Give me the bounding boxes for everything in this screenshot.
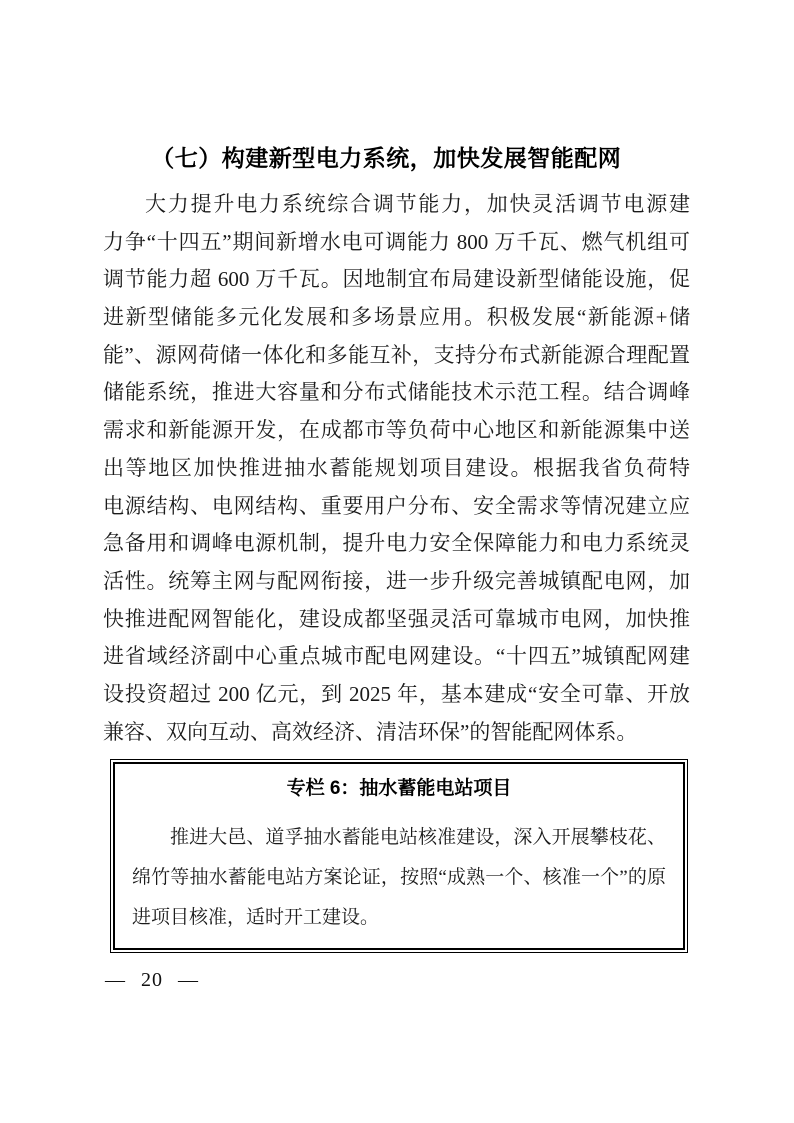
- paragraph-line: 急备用和调峰电源机制，提升电力安全保障能力和电力系统灵: [103, 525, 690, 563]
- paragraph-line: 储能系统，推进大容量和分布式储能技术示范工程。结合调峰: [103, 374, 690, 412]
- paragraph-line: 能”、源网荷储一体化和多能互补，支持分布式新能源合理配置: [103, 337, 690, 375]
- section-heading: （七）构建新型电力系统，加快发展智能配网: [103, 143, 690, 175]
- callout-line: 进项目核准，适时开工建设。: [132, 898, 666, 938]
- document-page: （七）构建新型电力系统，加快发展智能配网 大力提升电力系统综合调节能力，加快灵活…: [0, 0, 794, 1123]
- paragraph-line: 设投资超过 200 亿元，到 2025 年，基本建成“安全可靠、开放: [103, 676, 690, 714]
- paragraph-line: 快推进配网智能化，建设成都坚强灵活可靠城市电网，加快推: [103, 601, 690, 639]
- paragraph-line: 需求和新能源开发，在成都市等负荷中心地区和新能源集中送: [103, 412, 690, 450]
- page-number: — 20 —: [105, 969, 199, 992]
- paragraph-line: 活性。统筹主网与配网衔接，进一步升级完善城镇配电网，加: [103, 563, 690, 601]
- paragraph-line: 兼容、双向互动、高效经济、清洁环保”的智能配网体系。: [103, 714, 690, 752]
- callout-line: 推进大邑、道孚抽水蓄能电站核准建设，深入开展攀枝花、江油、: [132, 818, 666, 858]
- callout-box: 专栏 6：抽水蓄能电站项目 推进大邑、道孚抽水蓄能电站核准建设，深入开展攀枝花、…: [110, 759, 688, 953]
- paragraph-line: 大力提升电力系统综合调节能力，加快灵活调节电源建设，: [103, 186, 690, 224]
- body-paragraph: 大力提升电力系统综合调节能力，加快灵活调节电源建设， 力争“十四五”期间新增水电…: [103, 186, 690, 751]
- paragraph-line: 力争“十四五”期间新增水电可调能力 800 万千瓦、燃气机组可: [103, 224, 690, 262]
- paragraph-line: 出等地区加快推进抽水蓄能规划项目建设。根据我省负荷特性、: [103, 450, 690, 488]
- paragraph-line: 进省域经济副中心重点城市配电网建设。“十四五”城镇配网建: [103, 638, 690, 676]
- paragraph-line: 电源结构、电网结构、重要用户分布、安全需求等情况建立应: [103, 488, 690, 526]
- callout-line: 绵竹等抽水蓄能电站方案论证，按照“成熟一个、核准一个”的原则推: [132, 858, 666, 898]
- callout-box-inner: 专栏 6：抽水蓄能电站项目 推进大邑、道孚抽水蓄能电站核准建设，深入开展攀枝花、…: [113, 762, 685, 950]
- paragraph-line: 调节能力超 600 万千瓦。因地制宜布局建设新型储能设施，促: [103, 261, 690, 299]
- callout-title: 专栏 6：抽水蓄能电站项目: [132, 776, 666, 802]
- paragraph-line: 进新型储能多元化发展和多场景应用。积极发展“新能源+储: [103, 299, 690, 337]
